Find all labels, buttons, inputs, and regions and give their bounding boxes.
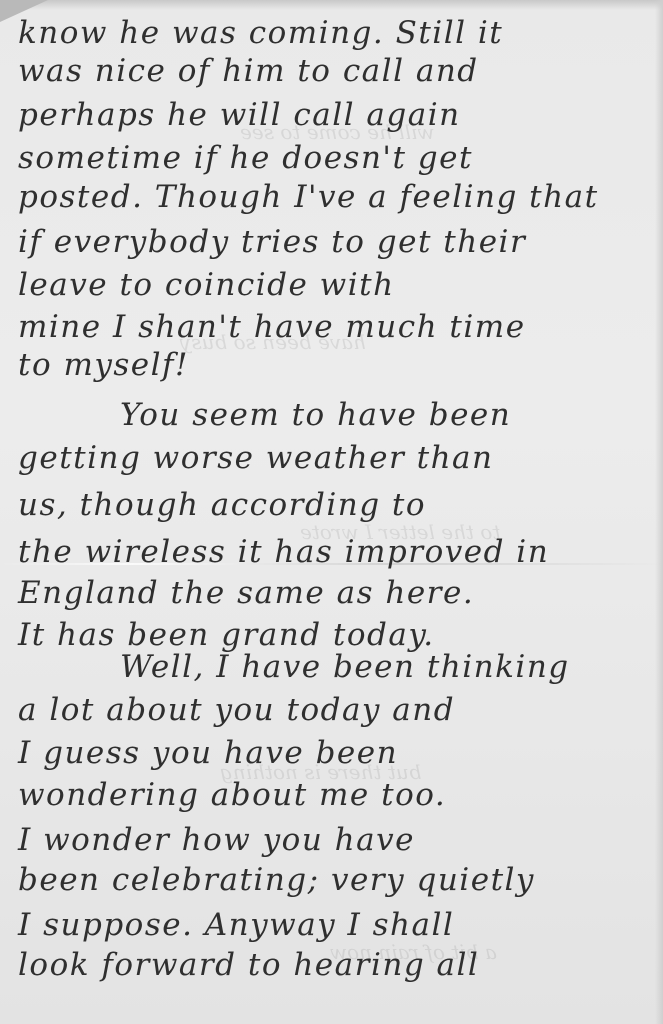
letter-line: was nice of him to call and: [18, 56, 479, 87]
letter-line: posted. Though I've a feeling that: [18, 182, 599, 213]
letter-line: Well, I have been thinking: [120, 652, 570, 683]
letter-line: wondering about me too.: [18, 780, 446, 811]
letter-page: will he come to seehave been so busyto t…: [0, 0, 663, 1024]
letter-line: us, though according to: [18, 490, 426, 521]
letter-line: the wireless it has improved in: [18, 537, 549, 568]
page-top-shadow: [0, 0, 663, 10]
letter-line: perhaps he will call again: [18, 100, 461, 131]
letter-line: mine I shan't have much time: [18, 312, 526, 343]
letter-line: leave to coincide with: [18, 270, 395, 301]
letter-line: a lot about you today and: [18, 695, 455, 726]
letter-line: if everybody tries to get their: [18, 227, 526, 258]
letter-line: I wonder how you have: [18, 825, 415, 856]
letter-line: look forward to hearing all: [18, 950, 479, 981]
letter-line: been celebrating; very quietly: [18, 865, 535, 896]
letter-line: I guess you have been: [18, 738, 398, 769]
letter-line: know he was coming. Still it: [18, 18, 503, 49]
letter-line: England the same as here.: [18, 578, 474, 609]
letter-line: You seem to have been: [120, 400, 511, 431]
letter-line: getting worse weather than: [18, 443, 493, 474]
letter-line: to myself!: [18, 350, 189, 381]
letter-line: It has been grand today.: [18, 620, 435, 651]
letter-line: sometime if he doesn't get: [18, 143, 473, 174]
page-right-edge: [655, 0, 663, 1024]
letter-line: I suppose. Anyway I shall: [18, 910, 454, 941]
